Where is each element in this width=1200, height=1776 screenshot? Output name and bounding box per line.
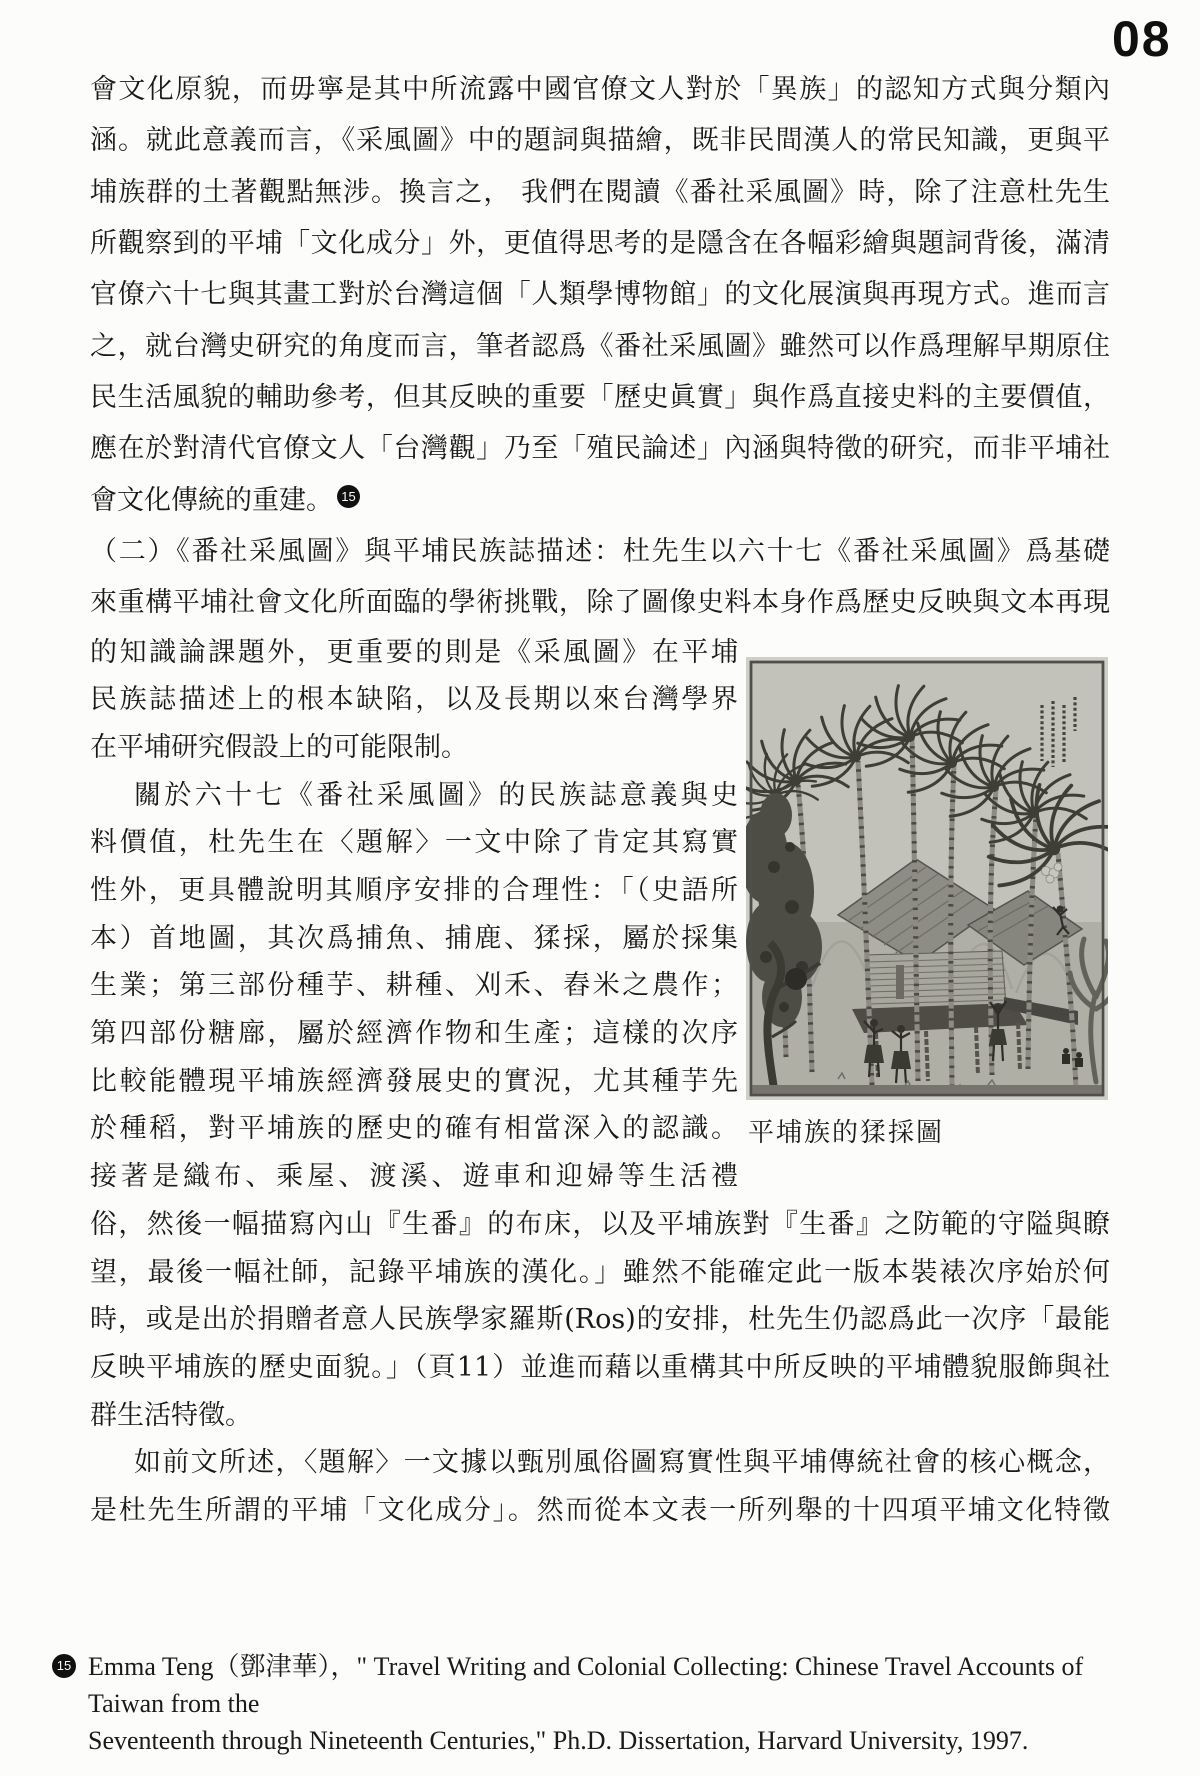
text-line: 來重構平埔社會文化所面臨的學術挑戰，除了圖像史料本身作爲歷史反映與文本再現 bbox=[90, 577, 1110, 628]
text-line: 第四部份糖廍，屬於經濟作物和生產；這樣的次序 bbox=[90, 1010, 738, 1058]
line-text: 會文化傳統的重建。 bbox=[90, 485, 333, 516]
figure-caption: 平埔族的猱採圖 bbox=[748, 1112, 944, 1149]
footnote-text: Emma Teng（鄧津華），" Travel Writing and Colo… bbox=[88, 1648, 1152, 1759]
text-line: 時，或是出於捐贈者意人民族學家羅斯(Ros)的安排，杜先生仍認爲此一次序「最能 bbox=[90, 1296, 1110, 1344]
text-line: 料價值，杜先生在〈題解〉一文中除了肯定其寫實 bbox=[90, 819, 738, 867]
text-line: 民生活風貌的輔助參考，但其反映的重要「歷史眞實」與作爲直接史料的主要價值， bbox=[90, 372, 1110, 423]
text-line: 民族誌描述上的根本缺陷，以及長期以來台灣學界 bbox=[90, 676, 738, 724]
footnote: 15 Emma Teng（鄧津華），" Travel Writing and C… bbox=[52, 1648, 1152, 1759]
text-line: 應在於對清代官僚文人「台灣觀」乃至「殖民論述」內涵與特徵的研究，而非平埔社 bbox=[90, 423, 1110, 474]
page-number: 08 bbox=[1112, 10, 1172, 68]
text-line: 埔族群的土著觀點無涉。換言之， 我們在閱讀《番社采風圖》時，除了注意杜先生 bbox=[90, 167, 1110, 218]
document-page: 08 會文化原貌，而毋寧是其中所流露中國官僚文人對於「異族」的認知方式與分類內 … bbox=[0, 0, 1200, 1776]
text-line: 如前文所述，〈題解〉一文據以甄別風俗圖寫實性與平埔傳統社會的核心概念， bbox=[90, 1439, 1110, 1487]
text-line: 涵。就此意義而言，《采風圖》中的題詞與描繪，既非民間漢人的常民知識，更與平 bbox=[90, 115, 1110, 166]
footnote-ref-15: 15 bbox=[337, 485, 360, 508]
text-line: 官僚六十七與其畫工對於台灣這個「人類學博物館」的文化展演與再現方式。進而言 bbox=[90, 269, 1110, 320]
text-line: 性外，更具體說明其順序安排的合理性：「（史語所 bbox=[90, 867, 738, 915]
text-line: 會文化傳統的重建。15 bbox=[90, 475, 1110, 526]
text-line: 關於六十七《番社采風圖》的民族誌意義與史 bbox=[90, 772, 738, 820]
text-line: 於種稻，對平埔族的歷史的確有相當深入的認識。 bbox=[90, 1105, 738, 1153]
text-line: 之，就台灣史研究的角度而言，筆者認爲《番社采風圖》雖然可以作爲理解早期原住 bbox=[90, 321, 1110, 372]
text-line: 的知識論課題外，更重要的則是《采風圖》在平埔 bbox=[90, 629, 738, 677]
text-line: 比較能體現平埔族經濟發展史的實況，尤其種芋先 bbox=[90, 1058, 738, 1106]
text-line: 生業；第三部份種芋、耕種、刈禾、舂米之農作； bbox=[90, 962, 738, 1010]
text-line: 在平埔研究假設上的可能限制。 bbox=[90, 724, 738, 772]
footnote-marker-15: 15 bbox=[52, 1654, 76, 1678]
text-line: 會文化原貌，而毋寧是其中所流露中國官僚文人對於「異族」的認知方式與分類內 bbox=[90, 64, 1110, 115]
footnote-line-1: Emma Teng（鄧津華），" Travel Writing and Colo… bbox=[88, 1648, 1152, 1722]
text-line: 接著是織布、乘屋、渡溪、遊車和迎婦等生活禮 bbox=[90, 1153, 738, 1201]
figure-pingpu-plate bbox=[746, 657, 1108, 1100]
text-line: 是杜先生所謂的平埔「文化成分」。然而從本文表一所列舉的十四項平埔文化特徵 bbox=[90, 1487, 1110, 1535]
text-line: 望，最後一幅社師，記錄平埔族的漢化。」雖然不能確定此一版本裝裱次序始於何 bbox=[90, 1249, 1110, 1297]
text-line: 俗，然後一幅描寫內山『生番』的布床，以及平埔族對『生番』之防範的守隘與瞭 bbox=[90, 1201, 1110, 1249]
footnote-line-2: Seventeenth through Nineteenth Centuries… bbox=[88, 1722, 1152, 1759]
text-line: 群生活特徵。 bbox=[90, 1392, 1110, 1440]
text-line: 本）首地圖，其次爲捕魚、捕鹿、猱採，屬於採集 bbox=[90, 915, 738, 963]
text-line: 所觀察到的平埔「文化成分」外，更值得思考的是隱含在各幅彩繪與題詞背後，滿清 bbox=[90, 218, 1110, 269]
plate-image bbox=[746, 657, 1108, 1100]
text-line: （二）《番社采風圖》與平埔民族誌描述：杜先生以六十七《番社采風圖》爲基礎 bbox=[90, 526, 1110, 577]
text-line: 反映平埔族的歷史面貌。」（頁11）並進而藉以重構其中所反映的平埔體貌服飾與社 bbox=[90, 1344, 1110, 1392]
plate-bottom-shadow bbox=[752, 1085, 1102, 1094]
